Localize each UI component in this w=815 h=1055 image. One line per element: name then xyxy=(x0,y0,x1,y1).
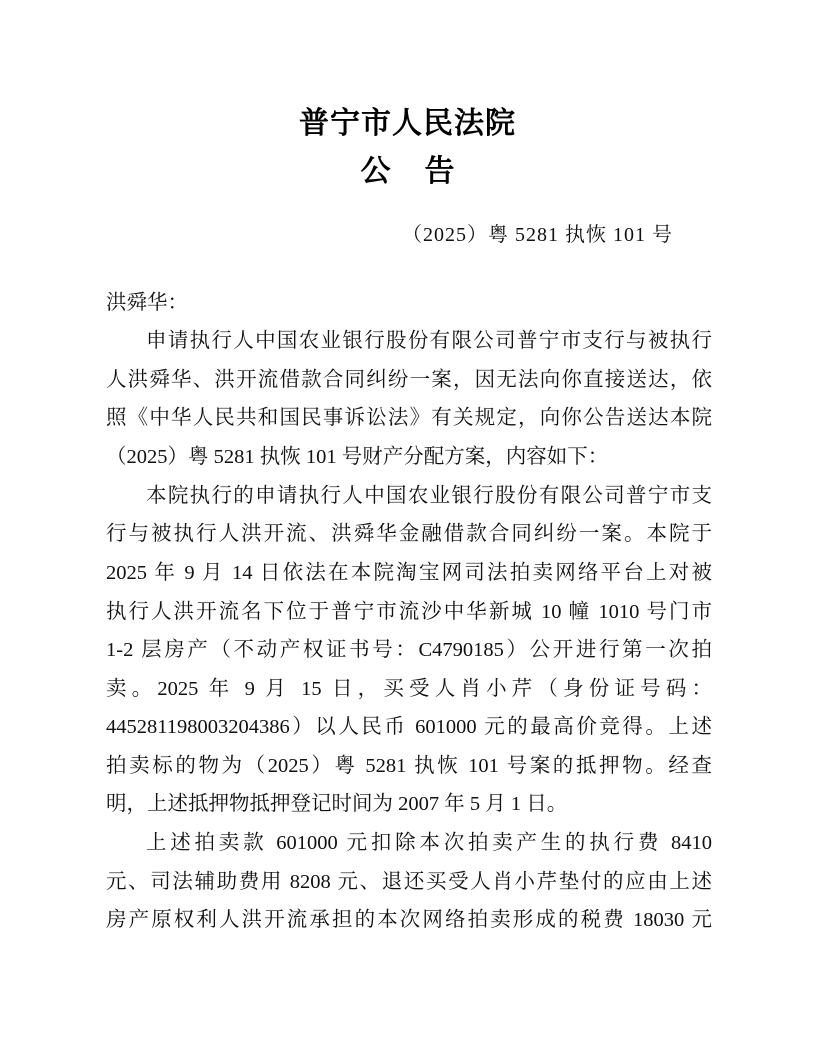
document-page: 普宁市人民法院 公告 （2025）粤 5281 执恢 101 号 洪舜华： 申请… xyxy=(0,0,815,1055)
paragraph-1-line: （2025）粤 5281 执恢 101 号财产分配方案，内容如下： xyxy=(106,442,712,472)
paragraph-2-line: 卖。2025 年 9 月 15 日，买受人肖小芹（身份证号码： xyxy=(106,674,712,704)
paragraph-2-line: 明，上述抵押物抵押登记时间为 2007 年 5 月 1 日。 xyxy=(106,789,712,819)
addressee: 洪舜华： xyxy=(106,288,712,318)
paragraph-2-line: 2025 年 9 月 14 日依法在本院淘宝网司法拍卖网络平台上对被 xyxy=(106,558,712,588)
paragraph-1-line: 申请执行人中国农业银行股份有限公司普宁市支行与被执行 xyxy=(146,326,712,356)
paragraph-1-line: 人洪舜华、洪开流借款合同纠纷一案，因无法向你直接送达，依 xyxy=(106,365,712,395)
paragraph-3-line: 元、司法辅助费用 8208 元、退还买受人肖小芹垫付的应由上述 xyxy=(106,867,712,897)
document-number: （2025）粤 5281 执恢 101 号 xyxy=(402,218,673,247)
notice-title: 公告 xyxy=(0,146,815,190)
paragraph-2-line: 执行人洪开流名下位于普宁市流沙中华新城 10 幢 1010 号门市 xyxy=(106,597,712,627)
paragraph-1-line: 照《中华人民共和国民事诉讼法》有关规定，向你公告送达本院 xyxy=(106,403,712,433)
paragraph-3-line: 上述拍卖款 601000 元扣除本次拍卖产生的执行费 8410 xyxy=(146,828,712,858)
paragraph-2-line: 本院执行的申请执行人中国农业银行股份有限公司普宁市支 xyxy=(146,481,712,511)
paragraph-2-line: 拍卖标的物为（2025）粤 5281 执恢 101 号案的抵押物。经查 xyxy=(106,751,712,781)
paragraph-2-line: 445281198003204386）以人民币 601000 元的最高价竞得。上… xyxy=(106,712,712,742)
court-name-heading: 普宁市人民法院 xyxy=(0,98,815,142)
paragraph-2-line: 行与被执行人洪开流、洪舜华金融借款合同纠纷一案。本院于 xyxy=(106,519,712,549)
paragraph-3-line: 房产原权利人洪开流承担的本次网络拍卖形成的税费 18030 元 xyxy=(106,905,712,935)
paragraph-2-line: 1-2 层房产（不动产权证书号：C4790185）公开进行第一次拍 xyxy=(106,635,712,665)
